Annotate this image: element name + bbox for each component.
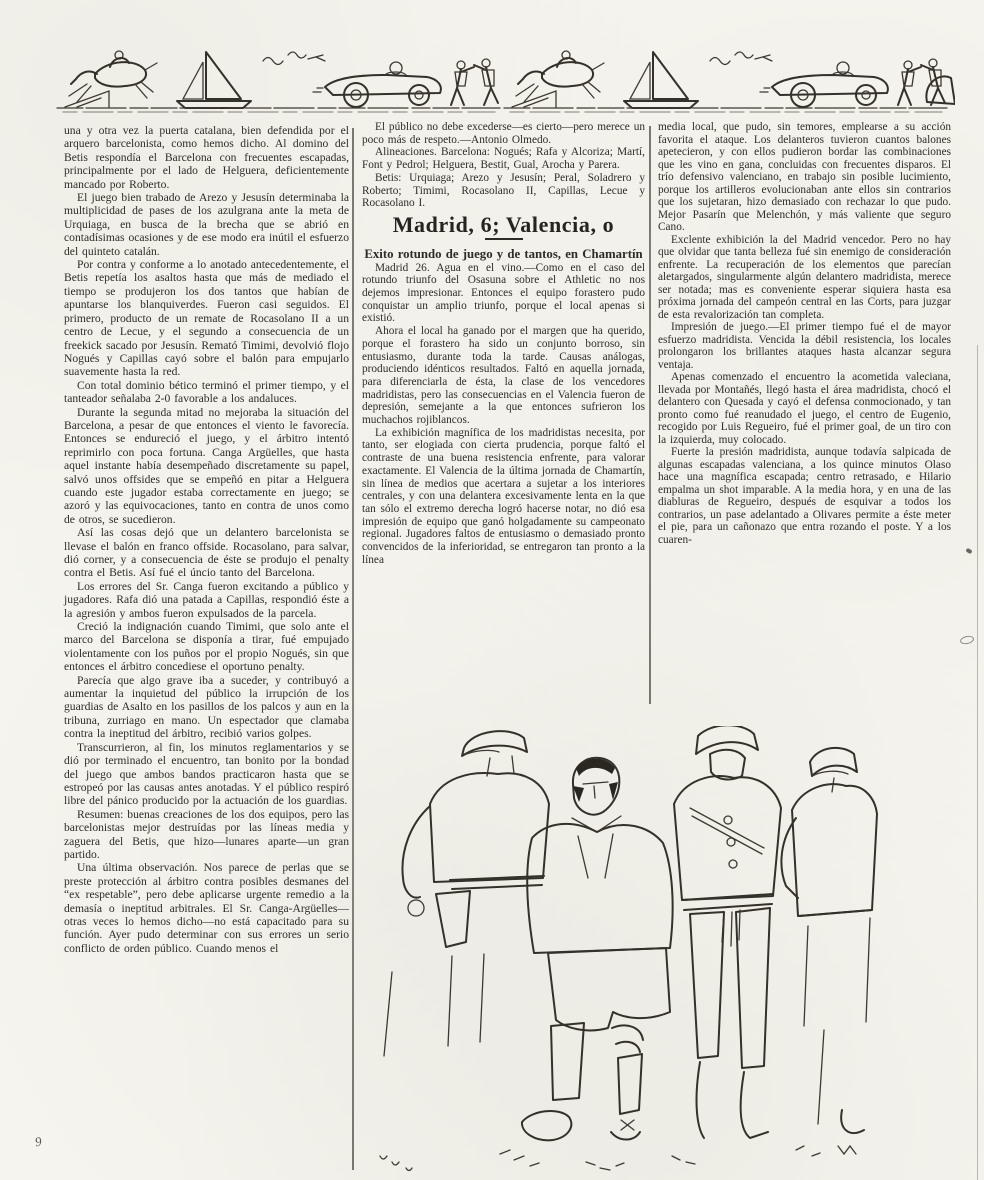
column-right: media local, que pudo, sin temores, empl… bbox=[658, 121, 951, 546]
article-paragraph: media local, que pudo, sin temores, empl… bbox=[658, 121, 951, 234]
article-paragraph: Creció la indignación cuando Timimi, que… bbox=[64, 620, 349, 674]
column-divider-left bbox=[352, 128, 354, 1170]
article-paragraph: El juego bien trabado de Arezo y Jesusín… bbox=[64, 191, 349, 258]
lineups-betis: Betis: Urquiaga; Arezo y Jesusín; Peral,… bbox=[362, 172, 645, 210]
article-paragraph: Transcurrieron, al fin, los minutos regl… bbox=[64, 741, 349, 808]
article-paragraph: Ahora el local ha ganado por el margen q… bbox=[362, 325, 645, 427]
column-divider-right bbox=[649, 126, 651, 704]
article-paragraph: Exclente exhibición la del Madrid venced… bbox=[658, 234, 951, 322]
article-paragraph: una y otra vez la puerta catalana, bien … bbox=[64, 124, 349, 191]
scan-edge-line bbox=[977, 345, 978, 1180]
column-center: El público no debe excederse—es cierto—p… bbox=[362, 121, 645, 567]
bottom-illustration bbox=[372, 726, 878, 1180]
article-paragraph: Con total dominio bético terminó el prim… bbox=[64, 379, 349, 406]
article-paragraph: Por contra y conforme a lo anotado antec… bbox=[64, 258, 349, 379]
ground-marks bbox=[380, 1146, 820, 1171]
byline-paragraph: El público no debe excederse—es cierto—p… bbox=[362, 121, 645, 146]
article-paragraph: La exhibición magnífica de los madridist… bbox=[362, 427, 645, 567]
article-paragraph: Impresión de juego.—El primer tiempo fué… bbox=[658, 321, 951, 371]
article-paragraph: Fuerte la presión madridista, aunque tod… bbox=[658, 446, 951, 546]
article-paragraph: Apenas comenzado el encuentro la acometi… bbox=[658, 371, 951, 446]
article-paragraph: Los errores del Sr. Canga fueron excitan… bbox=[64, 580, 349, 620]
margin-mark: 9 bbox=[34, 1134, 43, 1151]
assault-guard-left bbox=[384, 731, 549, 1056]
match-headline: Madrid, 6; Valencia, o bbox=[362, 219, 645, 232]
masthead-frieze bbox=[55, 42, 955, 122]
assault-guard-right bbox=[781, 748, 877, 1154]
scan-artifact bbox=[965, 548, 972, 554]
article-paragraph: Una última observación. Nos parece de pe… bbox=[64, 861, 349, 955]
article-paragraph: Parecía que algo grave iba a suceder, y … bbox=[64, 674, 349, 741]
referee-center bbox=[522, 758, 673, 1141]
match-subheadline: Exito rotundo de juego y de tantos, en C… bbox=[362, 247, 645, 262]
article-paragraph: Madrid 26. Agua en el vino.—Como en el c… bbox=[362, 262, 645, 326]
lineups-barcelona: Alineaciones. Barcelona: Nogués; Rafa y … bbox=[362, 146, 645, 171]
article-paragraph: Así las cosas dejó que un delantero barc… bbox=[64, 526, 349, 580]
article-paragraph: Resumen: buenas creaciones de los dos eq… bbox=[64, 808, 349, 862]
assault-guard-middle bbox=[674, 726, 781, 1138]
scan-artifact bbox=[959, 635, 974, 646]
column-left: una y otra vez la puerta catalana, bien … bbox=[64, 124, 349, 955]
article-paragraph: Durante la segunda mitad no mejoraba la … bbox=[64, 406, 349, 527]
headline-rule bbox=[485, 238, 523, 240]
newspaper-page: una y otra vez la puerta catalana, bien … bbox=[0, 0, 984, 1180]
